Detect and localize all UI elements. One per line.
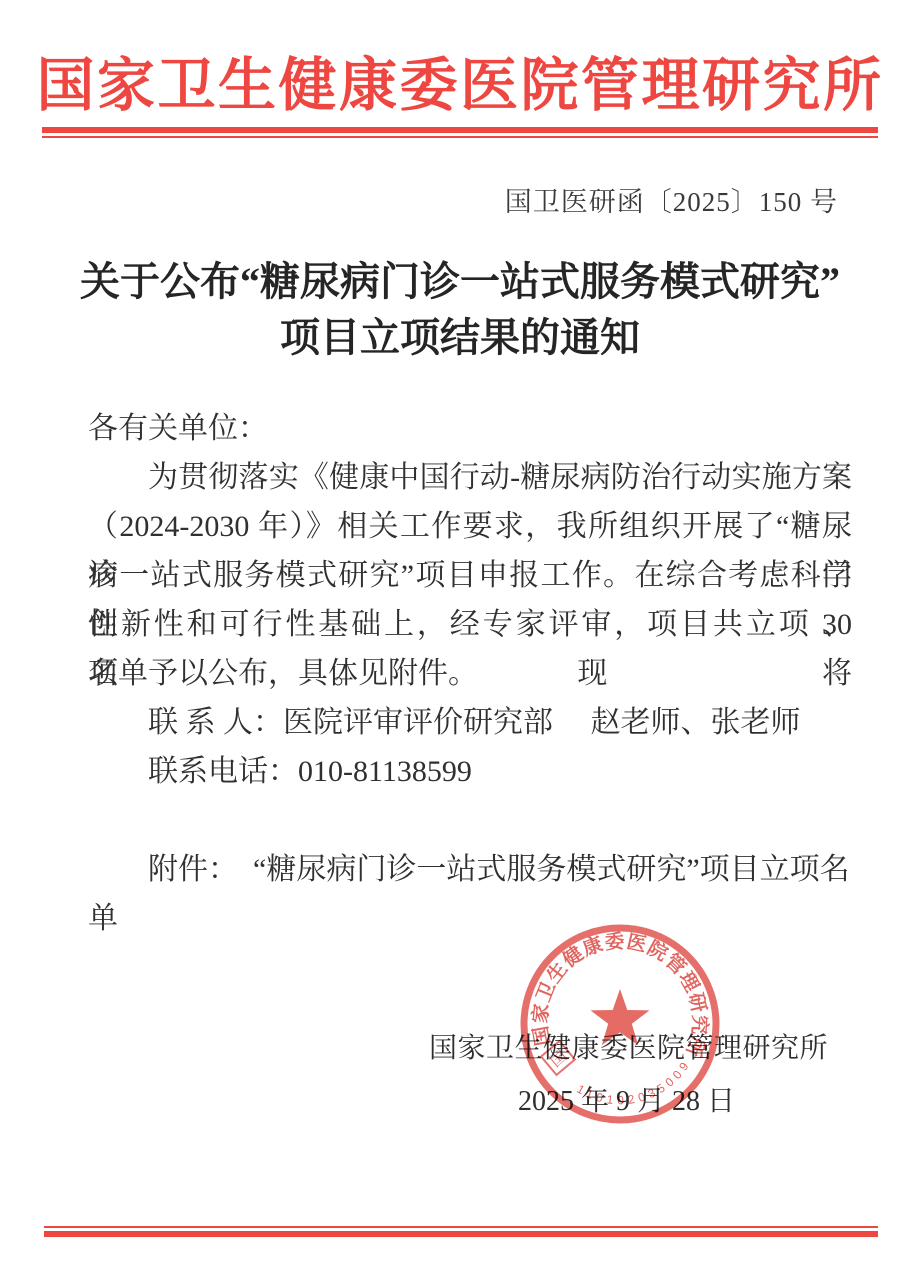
- paragraph-line: 创新性和可行性基础上，经专家评审，项目共立项 30 项。现将: [88, 600, 852, 649]
- paragraph-line: 诊一站式服务模式研究”项目申报工作。在综合考虑科学性、: [88, 551, 852, 600]
- blank-line: [88, 796, 852, 845]
- footer-divider: [44, 1226, 878, 1237]
- contact-phone-line: 联系电话：010-81138599: [88, 747, 852, 796]
- contact-person-line: 联 系 人：医院评审评价研究部 赵老师、张老师: [88, 698, 852, 747]
- official-notice-page: 国家卫生健康委医院管理研究所 国卫医研函〔2025〕150 号 关于公布“糖尿病…: [0, 0, 920, 1281]
- footer-thick-line: [44, 1231, 878, 1237]
- footer-thin-line: [44, 1226, 878, 1228]
- salutation-line: 各有关单位：: [88, 404, 852, 453]
- masthead-divider: [42, 127, 878, 138]
- paragraph-line: 为贯彻落实《健康中国行动-糖尿病防治行动实施方案: [88, 453, 852, 502]
- official-seal: 国家卫生健康委医院管理研究所 110102035009 国: [514, 918, 726, 1130]
- notice-title: 关于公布“糖尿病门诊一站式服务模式研究” 项目立项结果的通知: [40, 254, 880, 366]
- divider-thin-line: [42, 136, 878, 138]
- document-number: 国卫医研函〔2025〕150 号: [505, 180, 838, 219]
- notice-title-line1: 关于公布“糖尿病门诊一站式服务模式研究”: [80, 259, 840, 304]
- divider-thick-line: [42, 127, 878, 133]
- org-masthead: 国家卫生健康委医院管理研究所: [0, 38, 920, 122]
- notice-body: 各有关单位： 为贯彻落实《健康中国行动-糖尿病防治行动实施方案 （2024-20…: [88, 404, 852, 894]
- seal-inner-mark: 国: [541, 1041, 575, 1075]
- seal-star-icon: [591, 989, 650, 1045]
- notice-title-line2: 项目立项结果的通知: [280, 315, 640, 360]
- paragraph-line: （2024-2030 年）》相关工作要求，我所组织开展了“糖尿病门: [88, 502, 852, 551]
- attachment-line: 附件： “糖尿病门诊一站式服务模式研究”项目立项名单: [88, 845, 852, 894]
